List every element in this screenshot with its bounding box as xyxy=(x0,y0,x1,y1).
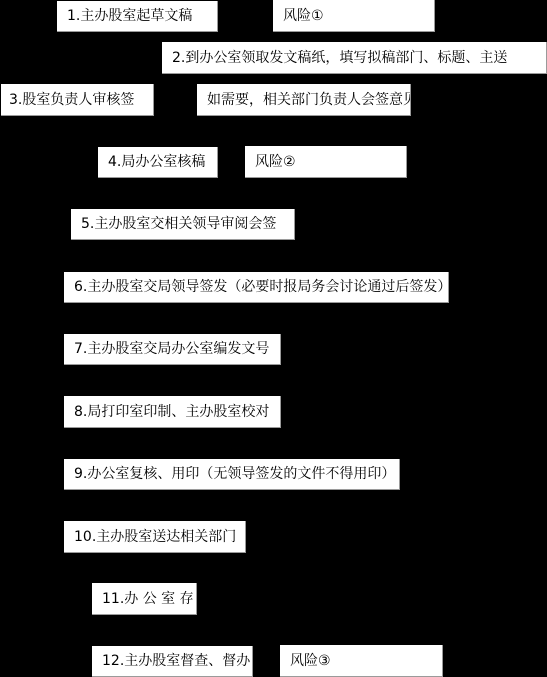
risk-1: 风险① xyxy=(273,0,435,32)
step-11-archive: 11.办 公 室 存 xyxy=(92,583,197,615)
risk-label: 风险② xyxy=(255,155,296,169)
step-label: 1.主办股室起草文稿 xyxy=(67,9,192,23)
step-8-print-proofread: 8.局打印室印制、主办股室校对 xyxy=(64,396,281,428)
step-label: 8.局打印室印制、主办股室校对 xyxy=(74,405,269,419)
step-7-document-number: 7.主办股室交局办公室编发文号 xyxy=(64,334,281,365)
step-label: 12.主办股室督查、督办 xyxy=(102,654,250,668)
step-label: 5.主办股室交相关领导审阅会签 xyxy=(81,217,276,231)
step-label: 9.办公室复核、用印（无领导签发的文件不得用印） xyxy=(74,467,395,481)
step-label: 11.办 公 室 存 xyxy=(102,592,194,606)
step-6-leader-sign: 6.主办股室交局领导签发（必要时报局务会讨论通过后签发） xyxy=(64,272,449,303)
step-label: 2.到办公室领取发文稿纸，填写拟稿部门、标题、主送 xyxy=(172,51,507,65)
step-label: 如需要，相关部门负责人会签意见 xyxy=(207,93,411,107)
step-label: 7.主办股室交局办公室编发文号 xyxy=(74,342,269,356)
step-label: 3.股室负责人审核签 xyxy=(9,93,134,107)
risk-2: 风险② xyxy=(245,146,407,178)
step-10-deliver: 10.主办股室送达相关部门 xyxy=(64,521,246,553)
step-1-draft: 1.主办股室起草文稿 xyxy=(57,1,218,32)
step-3a-dept-countersign: 如需要，相关部门负责人会签意见 xyxy=(197,84,411,116)
risk-label: 风险③ xyxy=(290,654,331,668)
step-5-leader-review: 5.主办股室交相关领导审阅会签 xyxy=(71,209,295,240)
step-3-section-head-review: 3.股室负责人审核签 xyxy=(1,84,154,116)
risk-label: 风险① xyxy=(283,9,324,23)
step-4-office-check: 4.局办公室核稿 xyxy=(98,147,218,178)
step-12-supervise: 12.主办股室督查、督办 xyxy=(92,646,253,677)
risk-3: 风险③ xyxy=(280,645,443,677)
step-label: 6.主办股室交局领导签发（必要时报局务会讨论通过后签发） xyxy=(74,280,449,294)
step-2-collect-draft-paper: 2.到办公室领取发文稿纸，填写拟稿部门、标题、主送 xyxy=(162,42,547,74)
step-label: 10.主办股室送达相关部门 xyxy=(74,530,236,544)
step-9-seal: 9.办公室复核、用印（无领导签发的文件不得用印） xyxy=(64,459,400,490)
step-label: 4.局办公室核稿 xyxy=(108,155,205,169)
